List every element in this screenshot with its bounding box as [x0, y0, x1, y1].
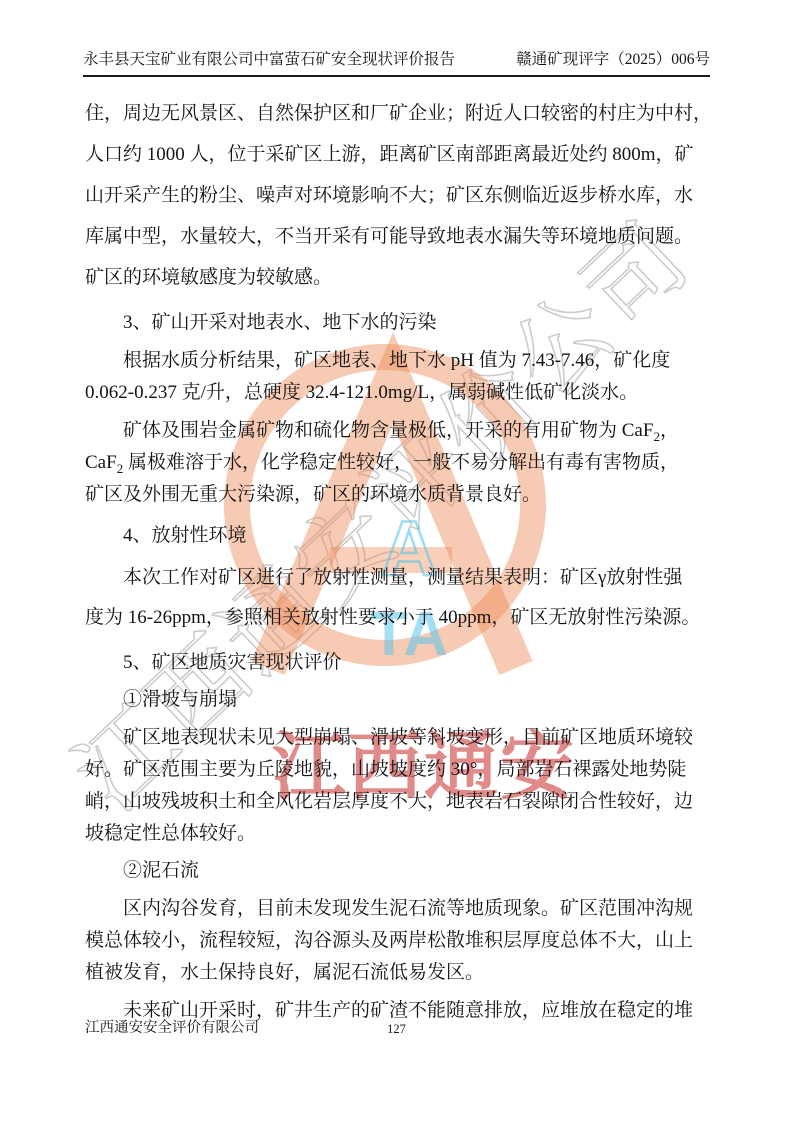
- body-line: 住，周边无风景区、自然保护区和厂矿企业；附近人口较密的村庄为中村，: [85, 93, 710, 134]
- body-line: ②泥石流: [85, 854, 710, 887]
- text-block: 4、放射性环境: [85, 520, 710, 552]
- text-block: 本次工作对矿区进行了放射性测量，测量结果表明：矿区γ放射性强度为 16-26pp…: [85, 558, 710, 638]
- body-text: 住，周边无风景区、自然保护区和厂矿企业；附近人口较密的村庄为中村，人口约 100…: [85, 93, 710, 1027]
- body-line: 峭，山坡残坡积土和全风化岩层厚度不大，地表岩石裂隙闭合性较好，边: [85, 786, 710, 818]
- text-block: 5、矿区地质灾害现状评价: [85, 647, 710, 679]
- subscript-digit: 2: [117, 461, 124, 476]
- text-block: 矿体及围岩金属矿物和硫化物含量极低，开采的有用矿物为 CaF2，CaF2 属极难…: [85, 415, 710, 511]
- body-line: 4、放射性环境: [85, 520, 710, 552]
- body-line: 库属中型，水量较大，不当开采有可能导致地表水漏失等环境地质问题。: [85, 216, 710, 257]
- body-line: 坡稳定性总体较好。: [85, 818, 710, 850]
- text-block: 根据水质分析结果，矿区地表、地下水 pH 值为 7.43-7.46，矿化度0.0…: [85, 345, 710, 409]
- body-line: 植被发育，水土保持良好，属泥石流低易发区。: [85, 957, 710, 989]
- text-block: 3、矿山开采对地表水、地下水的污染: [85, 307, 710, 339]
- text-block: ②泥石流: [85, 854, 710, 887]
- body-line: 人口约 1000 人，位于采矿区上游，距离矿区南部距离最近处约 800m，矿: [85, 134, 710, 175]
- body-line: 3、矿山开采对地表水、地下水的污染: [85, 307, 710, 339]
- body-line: 山开采产生的粉尘、噪声对环境影响不大；矿区东侧临近返步桥水库，水: [85, 175, 710, 216]
- body-line: 区内沟谷发育，目前未发现发生泥石流等地质现象。矿区范围冲沟规: [85, 893, 710, 925]
- page-header: 永丰县天宝矿业有限公司中富萤石矿安全现状评价报告 赣通矿现评字（2025）006…: [83, 0, 710, 77]
- body-line: CaF2 属极难溶于水，化学稳定性较好，一般不易分解出有毒有害物质，: [85, 447, 710, 479]
- body-line: 本次工作对矿区进行了放射性测量，测量结果表明：矿区γ放射性强: [85, 558, 710, 598]
- subscript-digit: 2: [653, 429, 660, 444]
- text-block: 矿区地表现状未见大型崩塌、滑坡等斜坡变形，目前矿区地质环境较好。矿区范围主要为丘…: [85, 722, 710, 850]
- body-line: 矿区的环境敏感度为较敏感。: [85, 257, 710, 298]
- page-content: 永丰县天宝矿业有限公司中富萤石矿安全现状评价报告 赣通矿现评字（2025）006…: [0, 0, 793, 1027]
- body-line: 0.062-0.237 克/升，总硬度 32.4-121.0mg/L，属弱碱性低…: [85, 377, 710, 409]
- body-line: 模总体较小，流程较短，沟谷源头及两岸松散堆积层厚度总体不大，山上: [85, 925, 710, 957]
- page-footer: 127 江西通安安全评价有限公司: [0, 1018, 793, 1038]
- body-line: 矿区地表现状未见大型崩塌、滑坡等斜坡变形，目前矿区地质环境较: [85, 722, 710, 754]
- body-line: 矿体及围岩金属矿物和硫化物含量极低，开采的有用矿物为 CaF2，: [85, 415, 710, 447]
- text-block: 住，周边无风景区、自然保护区和厂矿企业；附近人口较密的村庄为中村，人口约 100…: [85, 93, 710, 298]
- body-line: 好。矿区范围主要为丘陵地貌，山坡坡度约 30°，局部岩石裸露处地势陡: [85, 754, 710, 786]
- body-line: ①滑坡与崩塌: [85, 683, 710, 716]
- header-doc-number: 赣通矿现评字（2025）006号: [516, 50, 710, 70]
- body-line: 根据水质分析结果，矿区地表、地下水 pH 值为 7.43-7.46，矿化度: [85, 345, 710, 377]
- document-page: 江西通安评价公司 A TA 江西通安 永丰县天宝矿业有限公司中富萤石矿安全现状评…: [0, 0, 793, 1122]
- body-line: 度为 16-26ppm，参照相关放射性要求小于 40ppm，矿区无放射性污染源。: [85, 598, 710, 638]
- header-report-title: 永丰县天宝矿业有限公司中富萤石矿安全现状评价报告: [83, 50, 455, 70]
- body-line: 矿区及外围无重大污染源，矿区的环境水质背景良好。: [85, 479, 710, 511]
- body-line: 5、矿区地质灾害现状评价: [85, 647, 710, 679]
- text-block: 区内沟谷发育，目前未发现发生泥石流等地质现象。矿区范围冲沟规模总体较小，流程较短…: [85, 893, 710, 989]
- text-block: ①滑坡与崩塌: [85, 683, 710, 716]
- page-number: 127: [0, 1018, 793, 1040]
